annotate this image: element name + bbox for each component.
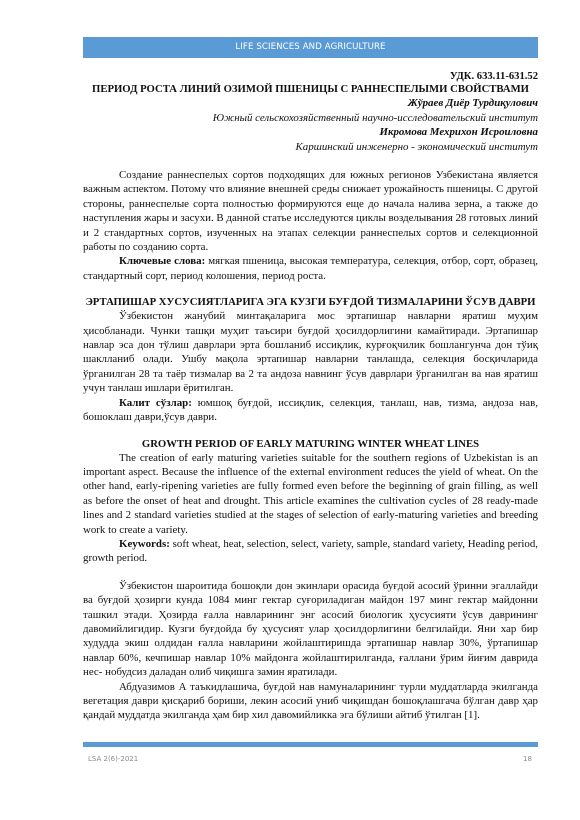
keywords-label: Keywords: — [119, 538, 170, 550]
journal-section-header: LIFE SCIENCES AND AGRICULTURE — [83, 37, 538, 58]
keywords-ru: Ключевые слова: мягкая пшеница, высокая … — [83, 254, 538, 283]
page-number: 18 — [523, 755, 532, 763]
article-title-uz: ЭРТАПИШАР ХУСУСИЯТЛАРИГА ЭГА КУЗГИ БУҒДО… — [83, 296, 538, 309]
author-name: Жўраев Диёр Турдиқулович — [83, 96, 538, 111]
udk-code: УДК. 633.11-631.52 — [83, 70, 538, 83]
keywords-en: Keywords: soft wheat, heat, selection, s… — [83, 537, 538, 566]
keywords-label: Ключевые слова: — [119, 255, 205, 267]
issue-label: LSA 2(6)-2021 — [88, 755, 138, 763]
keywords-uz: Калит сўзлар: юмшоқ буғдой, иссиқлик, се… — [83, 396, 538, 425]
author-affiliation: Каршинский инженерно - экономический инс… — [83, 140, 538, 155]
author-name: Икромова Мехрихон Исроиловна — [83, 125, 538, 140]
abstract-uz: Ўзбекистон жанубий минтақаларига мос эрт… — [83, 309, 538, 395]
article-content: УДК. 633.11-631.52 ПЕРИОД РОСТА ЛИНИЙ ОЗ… — [83, 70, 538, 723]
article-title-en: GROWTH PERIOD OF EARLY MATURING WINTER W… — [83, 438, 538, 451]
author-affiliation: Южный сельскохозяйственный научно-исслед… — [83, 111, 538, 126]
body-paragraph: Абдуазимов А таъкидлашича, буғдой нав на… — [83, 680, 538, 723]
abstract-en: The creation of early maturing varieties… — [83, 451, 538, 537]
footer-rule — [83, 742, 538, 747]
article-title-ru: ПЕРИОД РОСТА ЛИНИЙ ОЗИМОЙ ПШЕНИЦЫ С РАНН… — [83, 83, 538, 96]
body-paragraph: Ўзбекистон шароитида бошоқли дон экинлар… — [83, 579, 538, 680]
abstract-ru: Создание раннеспелых сортов подходящих д… — [83, 168, 538, 254]
keywords-label: Калит сўзлар: — [119, 397, 192, 409]
